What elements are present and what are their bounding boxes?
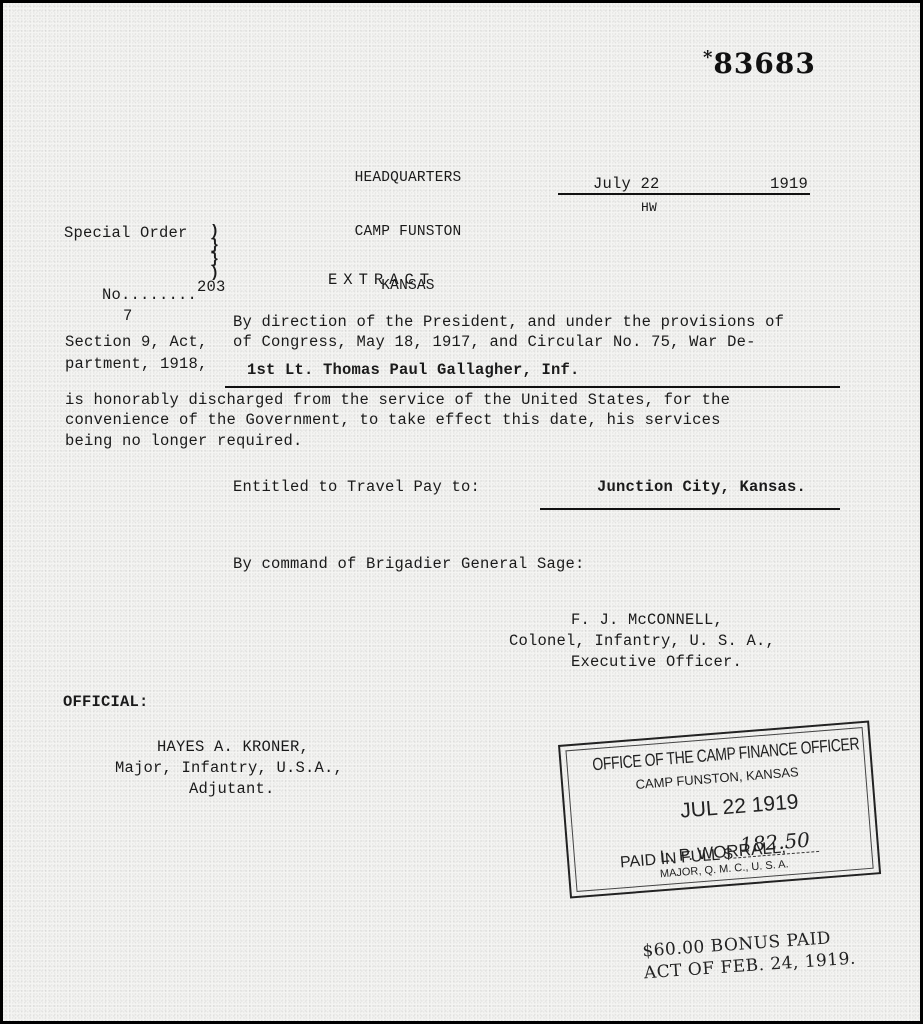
date-initials: HW <box>641 197 657 219</box>
body-line-2-left: Section 9, Act, <box>65 331 208 353</box>
document-number: *83683 <box>703 47 816 80</box>
special-order-number-line: No........203 <box>64 262 226 328</box>
travel-pay-label: Entitled to Travel Pay to: <box>233 476 480 498</box>
body-line-6: being no longer required. <box>65 430 303 452</box>
travel-destination-underline <box>540 508 840 510</box>
paragraph-number: 7 <box>123 305 133 327</box>
finance-officer-stamp: OFFICE OF THE CAMP FINANCE OFFICER CAMP … <box>558 721 881 899</box>
order-number-prefix: No........ <box>102 286 197 304</box>
travel-destination: Junction City, Kansas. <box>597 476 806 498</box>
officer-name-underline <box>225 386 840 388</box>
document-page: *83683 HEADQUARTERS CAMP FUNSTON KANSAS … <box>3 3 920 1021</box>
signatory-title: Executive Officer. <box>571 651 742 673</box>
order-brace: )}}) <box>210 225 219 281</box>
date-year: 1919 <box>770 173 808 195</box>
date-underline <box>558 193 810 195</box>
headquarters-header: HEADQUARTERS CAMP FUNSTON KANSAS <box>333 133 483 331</box>
command-line: By command of Brigadier General Sage: <box>233 553 585 575</box>
special-order-label: Special Order <box>64 222 188 244</box>
header-line-1: HEADQUARTERS <box>333 169 483 187</box>
bonus-paid-stamp: $60.00 BONUS PAID ACT OF FEB. 24, 1919. <box>642 926 857 985</box>
officer-name: 1st Lt. Thomas Paul Gallagher, Inf. <box>247 359 580 381</box>
signatory-rank: Colonel, Infantry, U. S. A., <box>509 630 775 652</box>
official-title: Adjutant. <box>189 778 275 800</box>
official-name: HAYES A. KRONER, <box>157 736 309 758</box>
extract-title: EXTRACT <box>328 269 435 291</box>
document-number-mark: * <box>703 47 713 68</box>
official-label: OFFICIAL: <box>63 691 149 713</box>
body-line-5: convenience of the Government, to take e… <box>65 409 721 431</box>
body-line-2-right: of Congress, May 18, 1917, and Circular … <box>233 331 756 353</box>
official-rank: Major, Infantry, U.S.A., <box>115 757 343 779</box>
body-line-4: is honorably discharged from the service… <box>65 389 730 411</box>
header-line-2: CAMP FUNSTON <box>333 223 483 241</box>
date-month-day: July 22 <box>593 173 660 195</box>
body-line-3-left: partment, 1918, <box>65 353 208 375</box>
signatory-name: F. J. McCONNELL, <box>571 609 723 631</box>
body-line-1: By direction of the President, and under… <box>233 311 784 333</box>
